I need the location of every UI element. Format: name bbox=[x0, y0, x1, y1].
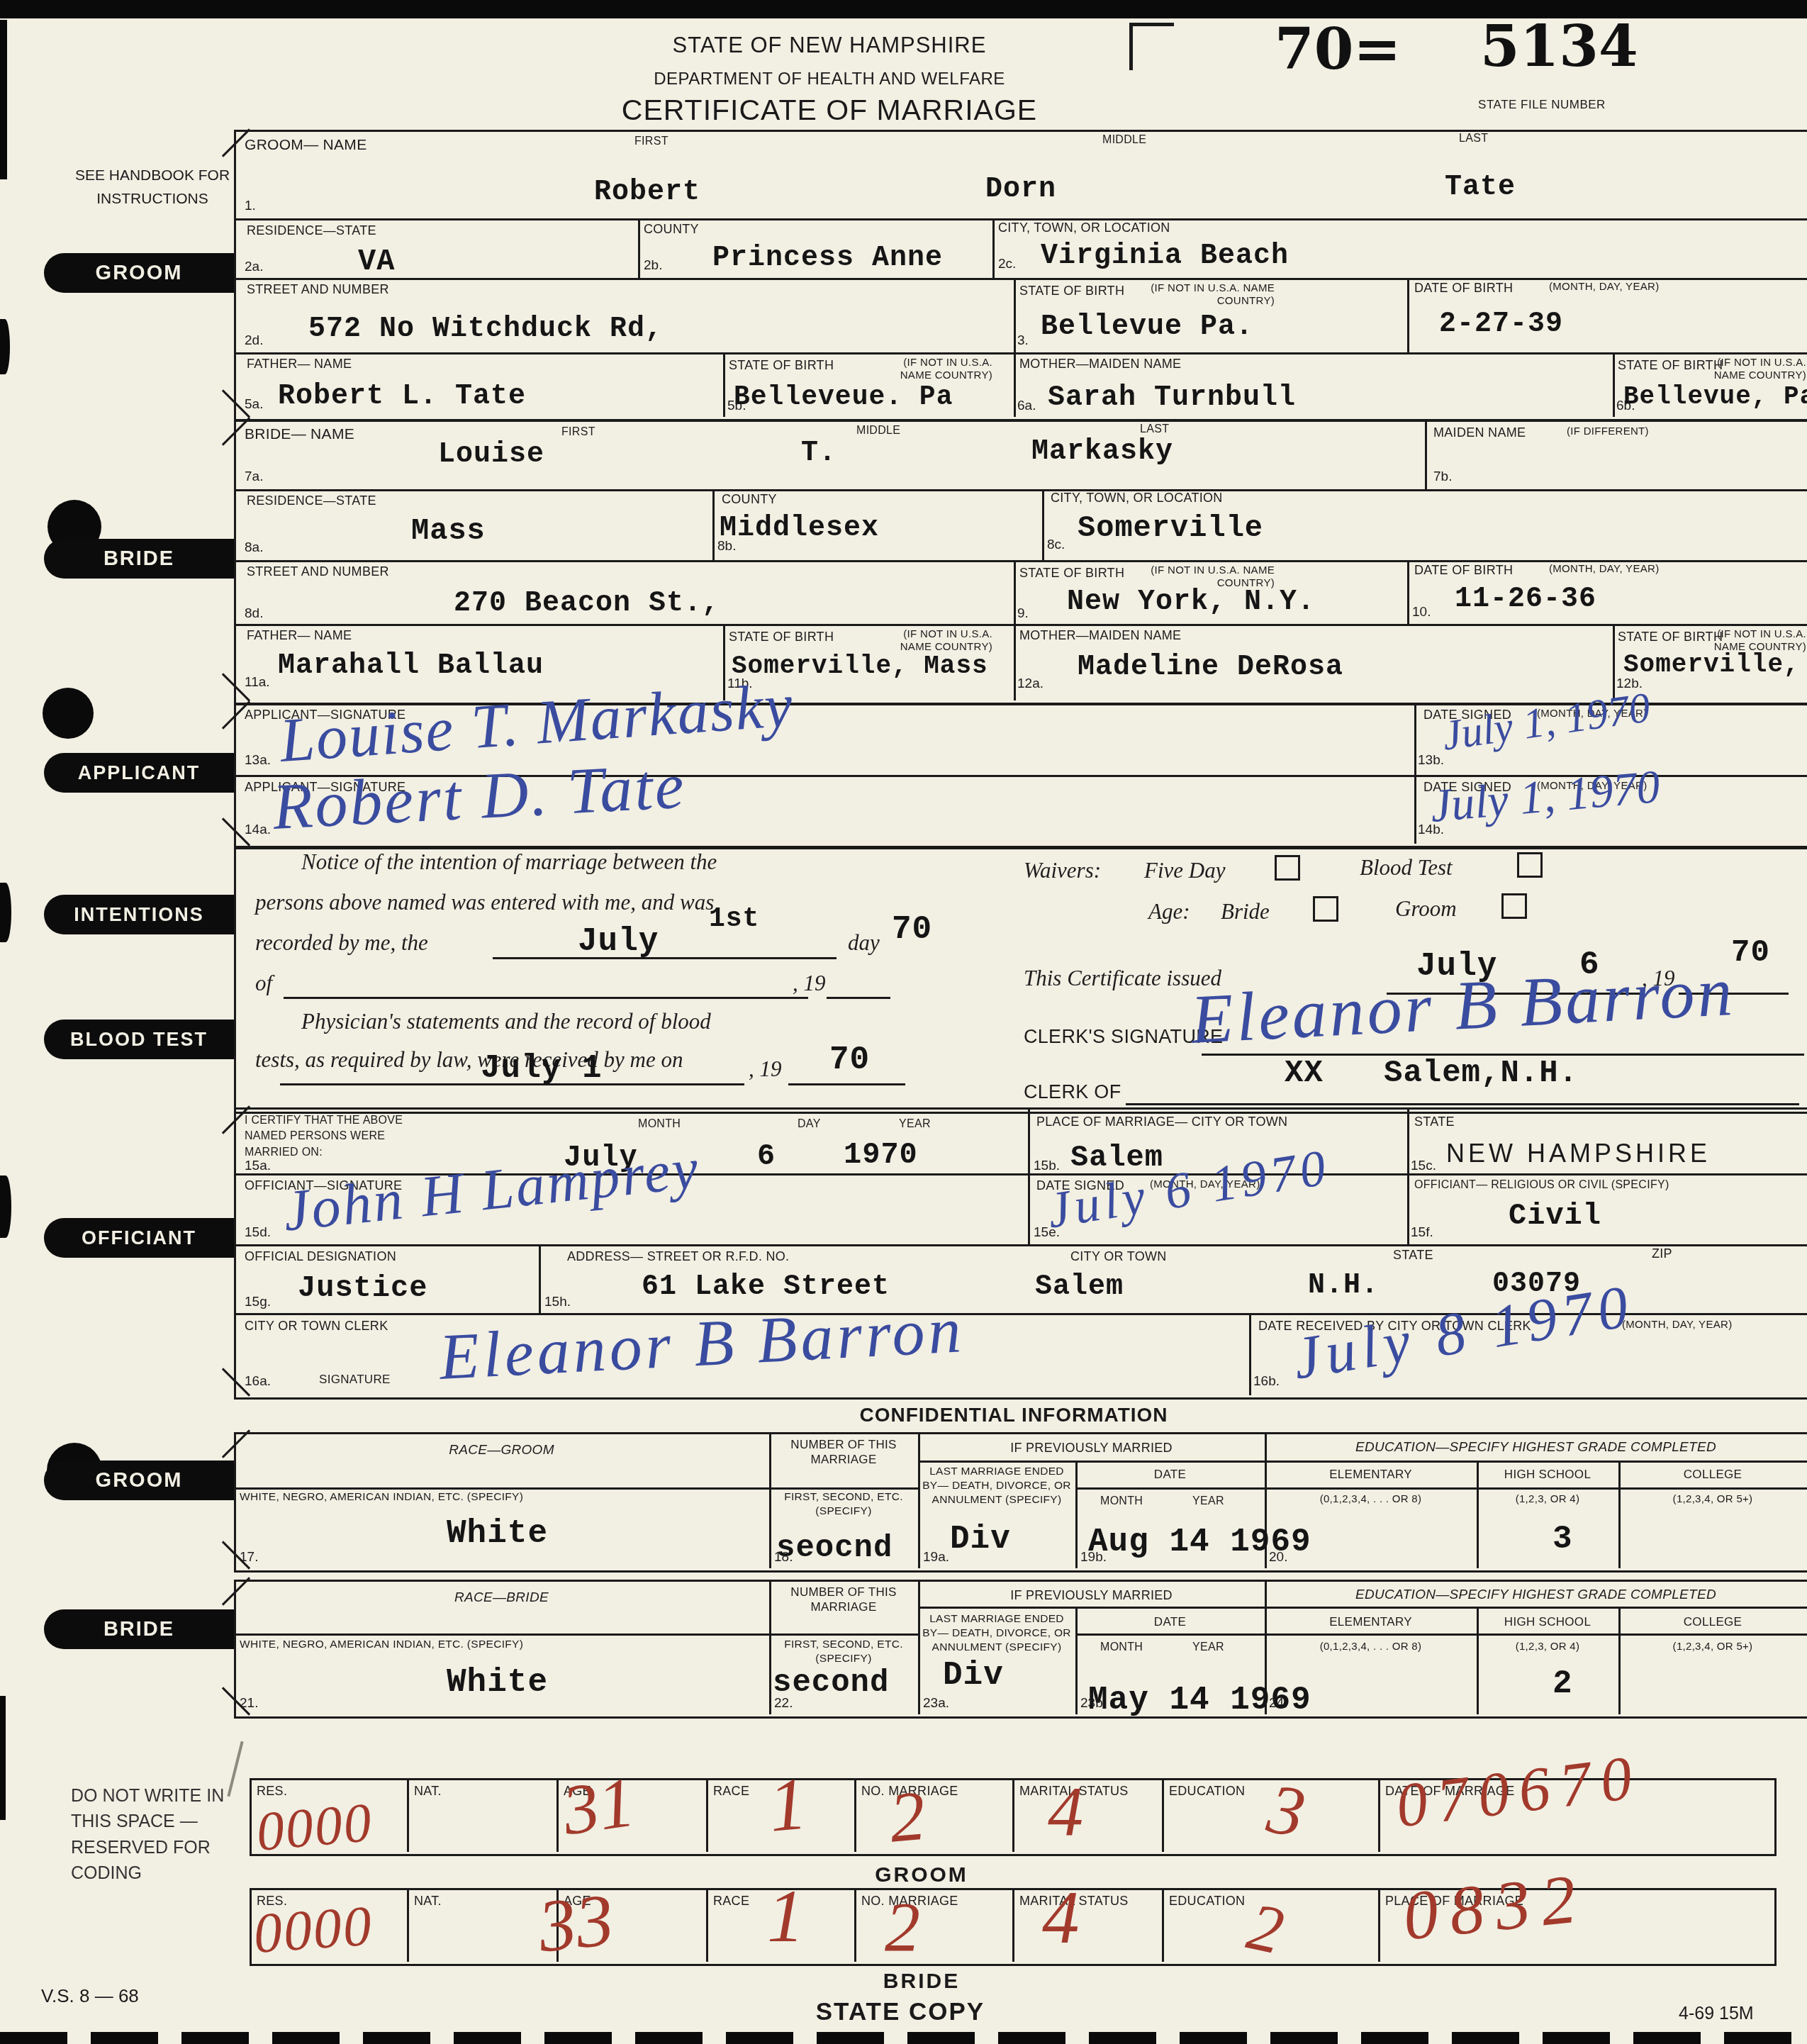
divider bbox=[1042, 489, 1044, 560]
bride-street-value: 270 Beacon St., bbox=[454, 590, 720, 618]
college-note: (1,2,3,4, OR 5+) bbox=[1618, 1641, 1807, 1653]
five-day-checkbox bbox=[1275, 855, 1300, 881]
item-number: 11a. bbox=[245, 675, 270, 691]
high-school-label: HIGH SCHOOL bbox=[1477, 1468, 1618, 1482]
file-number-label: STATE FILE NUMBER bbox=[1446, 98, 1638, 112]
groom-marriage-number-value: seocnd bbox=[776, 1533, 893, 1564]
divider bbox=[706, 1888, 708, 1962]
item-number: 6a. bbox=[1017, 398, 1036, 414]
blank-line bbox=[280, 1083, 744, 1085]
month-label: MONTH bbox=[1100, 1641, 1143, 1655]
college-note: (1,2,3,4, OR 5+) bbox=[1618, 1493, 1807, 1506]
first-label: FIRST bbox=[634, 135, 668, 149]
sidebar-tab-officiant: OFFICIANT bbox=[44, 1218, 234, 1258]
item-number: 12a. bbox=[1017, 676, 1044, 692]
scan-edge-bottom bbox=[0, 2032, 1807, 2044]
bride-first-value: Louise bbox=[438, 441, 544, 469]
coding-bride-place: 0832 bbox=[1400, 1863, 1591, 1952]
year-label: YEAR bbox=[1192, 1641, 1224, 1655]
coding-bride-race: 1 bbox=[767, 1879, 805, 1953]
groom-middle-value: Dorn bbox=[985, 176, 1056, 204]
divider bbox=[712, 489, 715, 560]
item-number: 2b. bbox=[644, 258, 662, 274]
divider bbox=[1162, 1778, 1164, 1852]
footer-state-copy: STATE COPY bbox=[702, 1998, 1099, 2026]
bride-marriage-number-value: second bbox=[773, 1668, 889, 1699]
intentions-line-6: tests, as required by law, were received… bbox=[255, 1047, 683, 1073]
groom-street-label: STREET AND NUMBER bbox=[247, 282, 389, 298]
date-received-note: (MONTH, DAY, YEAR) bbox=[1622, 1319, 1732, 1331]
age-label: Age: bbox=[1148, 899, 1190, 925]
coding-groom-marital: 4 bbox=[1048, 1776, 1083, 1847]
intentions-day-word: day bbox=[848, 930, 880, 956]
divider bbox=[1249, 1313, 1251, 1395]
divider bbox=[1014, 560, 1016, 624]
bride-residence-value: Mass bbox=[411, 516, 486, 546]
groom-county-value: Princess Anne bbox=[712, 245, 943, 273]
ink-blob bbox=[0, 319, 10, 374]
divider bbox=[918, 1461, 1807, 1463]
first-second-note: FIRST, SECOND, ETC. (SPECIFY) bbox=[769, 1490, 918, 1519]
item-number: 16a. bbox=[245, 1374, 271, 1390]
file-number-prefix: 70= bbox=[1275, 16, 1401, 82]
elementary-label: ELEMENTARY bbox=[1265, 1615, 1477, 1630]
address-label: ADDRESS— STREET OR R.F.D. NO. bbox=[567, 1249, 789, 1265]
bride-street-label: STREET AND NUMBER bbox=[247, 564, 389, 580]
confidential-title: CONFIDENTIAL INFORMATION bbox=[766, 1404, 1262, 1426]
blood-test-checkbox bbox=[1517, 852, 1543, 878]
date-label: DATE bbox=[1075, 1468, 1265, 1482]
divider bbox=[638, 218, 640, 278]
groom-county-label: COUNTY bbox=[644, 222, 699, 238]
item-number: 17. bbox=[240, 1550, 258, 1565]
coding-note: DO NOT WRITE IN THIS SPACE — RESERVED FO… bbox=[71, 1783, 252, 1886]
item-number: 13b. bbox=[1418, 753, 1444, 769]
bride-residence-label: RESIDENCE—STATE bbox=[247, 493, 376, 509]
coding-header: NAT. bbox=[414, 1894, 442, 1909]
waivers-label: Waivers: bbox=[1024, 858, 1101, 883]
number-of-marriage-label: NUMBER OF THIS MARRIAGE bbox=[769, 1438, 918, 1467]
last-marriage-ended-label: LAST MARRIAGE ENDED BY— DEATH, DIVORCE, … bbox=[922, 1612, 1072, 1655]
state-value: NEW HAMPSHIRE bbox=[1446, 1139, 1711, 1168]
item-number: 15d. bbox=[245, 1225, 271, 1241]
divider bbox=[556, 1778, 559, 1852]
divider bbox=[1378, 1778, 1380, 1852]
divider bbox=[1407, 1107, 1409, 1244]
groom-residence-value: VA bbox=[358, 247, 395, 277]
certify-label: I CERTIFY THAT THE ABOVE NAMED PERSONS W… bbox=[245, 1113, 411, 1161]
item-number: 9. bbox=[1017, 606, 1029, 622]
item-number: 15f. bbox=[1411, 1225, 1433, 1241]
intentions-year1-typed: 70 bbox=[892, 913, 932, 946]
item-number: 5a. bbox=[245, 397, 263, 413]
divider bbox=[723, 352, 725, 417]
intentions-day-typed: 1st bbox=[709, 906, 759, 933]
groom-dob-note: (MONTH, DAY, YEAR) bbox=[1549, 281, 1659, 294]
coding-groom-age: 31 bbox=[559, 1767, 639, 1847]
divider bbox=[854, 1888, 856, 1962]
item-number: 23b. bbox=[1080, 1696, 1107, 1711]
race-bride-label: RACE—BRIDE bbox=[234, 1590, 769, 1606]
divider bbox=[234, 352, 1807, 354]
month-label: MONTH bbox=[1100, 1495, 1143, 1509]
divider bbox=[1028, 1107, 1030, 1244]
coding-header: EDUCATION bbox=[1169, 1784, 1245, 1799]
maiden-name-label: MAIDEN NAME bbox=[1433, 425, 1526, 441]
first-label: FIRST bbox=[561, 425, 595, 440]
last-marriage-ended-label: LAST MARRIAGE ENDED BY— DEATH, DIVORCE, … bbox=[922, 1465, 1072, 1507]
header-title: CERTIFICATE OF MARRIAGE bbox=[588, 94, 1070, 127]
elementary-note: (0,1,2,3,4, . . . OR 8) bbox=[1265, 1641, 1477, 1653]
divider bbox=[1014, 278, 1016, 352]
college-label: COLLEGE bbox=[1618, 1615, 1807, 1630]
officiant-type-label: OFFICIANT— RELIGIOUS OR CIVIL (SPECIFY) bbox=[1414, 1178, 1669, 1193]
divider bbox=[407, 1888, 409, 1962]
blood-test-date-typed: July 1 bbox=[481, 1052, 603, 1085]
if-previously-married-label: IF PREVIOUSLY MARRIED bbox=[918, 1441, 1265, 1456]
coding-header: NAT. bbox=[414, 1784, 442, 1799]
divider bbox=[234, 1633, 918, 1636]
last-label: LAST bbox=[1459, 132, 1488, 146]
officiant-type-value: Civil bbox=[1509, 1201, 1601, 1231]
divider bbox=[918, 1607, 1807, 1609]
punch-hole bbox=[43, 688, 94, 739]
bride-last-value: Markasky bbox=[1031, 438, 1173, 467]
groom-father-birth-note: (IF NOT IN U.S.A. NAME COUNTRY) bbox=[872, 357, 992, 383]
blank-line bbox=[788, 1083, 905, 1085]
divider bbox=[1265, 1633, 1807, 1636]
divider bbox=[1407, 560, 1409, 624]
divider bbox=[1012, 1888, 1014, 1962]
race-specify-note: WHITE, NEGRO, AMERICAN INDIAN, ETC. (SPE… bbox=[240, 1638, 544, 1652]
groom-street-value: 572 No Witchduck Rd, bbox=[308, 315, 663, 344]
bride-mother-birth-value: Somerville, Mass bbox=[1623, 652, 1807, 678]
bride-dob-value: 11-26-36 bbox=[1455, 586, 1596, 614]
header-state: STATE OF NEW HAMPSHIRE bbox=[624, 33, 1035, 58]
divider bbox=[1425, 420, 1427, 489]
bride-father-birth-label: STATE OF BIRTH bbox=[729, 630, 834, 645]
divider bbox=[1014, 352, 1016, 417]
footer-print-code: 4-69 15M bbox=[1679, 2004, 1754, 2024]
coding-bride-marital: 4 bbox=[1042, 1880, 1080, 1955]
coding-groom-race: 1 bbox=[766, 1766, 809, 1843]
groom-birth-state-label: STATE OF BIRTH bbox=[1019, 284, 1124, 299]
groom-father-birth-value: Belleveue. Pa bbox=[734, 384, 953, 411]
blood-test-label: Blood Test bbox=[1360, 855, 1453, 881]
groom-city-label: CITY, TOWN, OR LOCATION bbox=[998, 220, 1170, 236]
divider bbox=[1012, 1778, 1014, 1852]
middle-label: MIDDLE bbox=[1102, 133, 1146, 147]
groom-father-birth-label: STATE OF BIRTH bbox=[729, 358, 834, 374]
age-bride-checkbox bbox=[1313, 896, 1338, 922]
item-number: 15a. bbox=[245, 1158, 271, 1174]
comma-19: , 19 bbox=[793, 971, 826, 996]
high-school-label: HIGH SCHOOL bbox=[1477, 1615, 1618, 1630]
item-number: 19b. bbox=[1080, 1550, 1107, 1565]
bride-dob-label: DATE OF BIRTH bbox=[1414, 563, 1513, 579]
bride-name-label: BRIDE— NAME bbox=[245, 425, 354, 444]
groom-ended-value: Div bbox=[950, 1523, 1011, 1556]
divider bbox=[234, 1487, 918, 1490]
item-number: 15e. bbox=[1034, 1225, 1060, 1241]
item-number: 15b. bbox=[1034, 1158, 1060, 1174]
groom-father-value: Robert L. Tate bbox=[278, 383, 526, 411]
age-groom-label: Groom bbox=[1395, 896, 1457, 922]
item-number: 2a. bbox=[245, 259, 263, 275]
divider bbox=[1075, 1487, 1265, 1490]
clerk-place-typed: Salem,N.H. bbox=[1384, 1058, 1578, 1089]
groom-mother-label: MOTHER—MAIDEN NAME bbox=[1019, 357, 1181, 372]
item-number: 15c. bbox=[1411, 1158, 1436, 1174]
sidebar-tab-applicant: APPLICANT bbox=[44, 753, 234, 793]
race-groom-label: RACE—GROOM bbox=[234, 1442, 769, 1458]
coding-header: EDUCATION bbox=[1169, 1894, 1245, 1909]
sidebar-tab-blood-test: BLOOD TEST bbox=[44, 1020, 234, 1059]
place-of-marriage-label: PLACE OF MARRIAGE— CITY OR TOWN bbox=[1036, 1115, 1287, 1130]
sidebar-tab-intentions: INTENTIONS bbox=[44, 895, 234, 934]
divider bbox=[1265, 1487, 1807, 1490]
marriage-certificate-scan: STATE OF NEW HAMPSHIRE DEPARTMENT OF HEA… bbox=[0, 0, 1807, 2044]
middle-label: MIDDLE bbox=[856, 424, 900, 438]
item-number: 6b. bbox=[1616, 398, 1635, 414]
signature-word-label: SIGNATURE bbox=[319, 1373, 391, 1387]
handbook-note: SEE HANDBOOK FOR INSTRUCTIONS bbox=[64, 164, 241, 211]
college-label: COLLEGE bbox=[1618, 1468, 1807, 1482]
item-number: 2c. bbox=[998, 257, 1016, 272]
groom-mother-birth-value: Bellevue, Pa bbox=[1623, 384, 1807, 410]
item-number: 22. bbox=[774, 1696, 793, 1711]
ink-blob bbox=[0, 883, 11, 942]
item-number: 23a. bbox=[923, 1696, 949, 1711]
address-value: 61 Lake Street bbox=[642, 1273, 890, 1302]
race-specify-note: WHITE, NEGRO, AMERICAN INDIAN, ETC. (SPE… bbox=[240, 1490, 544, 1504]
year-label: YEAR bbox=[1192, 1495, 1224, 1509]
blank-line bbox=[1126, 1103, 1799, 1105]
groom-last-value: Tate bbox=[1445, 174, 1516, 202]
high-school-note: (1,2,3, OR 4) bbox=[1477, 1493, 1618, 1506]
elementary-label: ELEMENTARY bbox=[1265, 1468, 1477, 1482]
education-label: EDUCATION—SPECIFY HIGHEST GRADE COMPLETE… bbox=[1265, 1587, 1807, 1603]
bride-dob-note: (MONTH, DAY, YEAR) bbox=[1549, 563, 1659, 576]
item-number: 8a. bbox=[245, 540, 263, 556]
bride-county-label: COUNTY bbox=[722, 492, 777, 508]
groom-dob-value: 2-27-39 bbox=[1439, 311, 1563, 339]
item-number: 10. bbox=[1412, 605, 1431, 620]
age-bride-label: Bride bbox=[1221, 899, 1270, 925]
item-number: 3. bbox=[1017, 333, 1029, 349]
corner-registration-mark bbox=[1129, 23, 1174, 70]
official-designation-value: Justice bbox=[298, 1273, 427, 1303]
item-number: 14a. bbox=[245, 822, 271, 838]
item-number: 13a. bbox=[245, 753, 271, 769]
divider bbox=[234, 278, 1807, 280]
form-code: V.S. 8 — 68 bbox=[41, 1985, 139, 2007]
bride-father-label: FATHER— NAME bbox=[247, 628, 352, 644]
groom-race-value: White bbox=[447, 1517, 548, 1550]
divider bbox=[854, 1778, 856, 1852]
sidebar-tab-groom-2: GROOM bbox=[44, 1461, 234, 1500]
married-day-value: 6 bbox=[757, 1141, 776, 1171]
divider bbox=[1162, 1888, 1164, 1962]
last-label: LAST bbox=[1140, 423, 1169, 437]
divider bbox=[234, 1244, 1807, 1246]
divider bbox=[234, 560, 1807, 562]
city-town-clerk-label: CITY OR TOWN CLERK bbox=[245, 1319, 388, 1334]
date-label: DATE bbox=[1075, 1615, 1265, 1630]
address-state-value: N.H. bbox=[1308, 1272, 1379, 1300]
maiden-name-note: (IF DIFFERENT) bbox=[1567, 425, 1649, 438]
item-number: 8b. bbox=[717, 539, 736, 554]
groom-name-label: GROOM— NAME bbox=[245, 136, 367, 155]
bride-mother-value: Madeline DeRosa bbox=[1078, 654, 1343, 682]
official-designation-label: OFFICIAL DESIGNATION bbox=[245, 1249, 396, 1265]
groom-birth-state-note: (IF NOT IN U.S.A. NAME COUNTRY) bbox=[1147, 282, 1275, 308]
item-number: 8d. bbox=[245, 606, 263, 622]
divider bbox=[1014, 624, 1016, 700]
age-groom-checkbox bbox=[1501, 893, 1527, 919]
item-number: 8c. bbox=[1047, 537, 1065, 553]
day-label: DAY bbox=[798, 1117, 821, 1132]
header-department: DEPARTMENT OF HEALTH AND WELFARE bbox=[624, 69, 1035, 89]
divider bbox=[1075, 1633, 1265, 1636]
bride-city-label: CITY, TOWN, OR LOCATION bbox=[1051, 491, 1223, 506]
item-number: 21. bbox=[240, 1696, 258, 1711]
coding-header: RES. bbox=[257, 1784, 287, 1799]
groom-first-value: Robert bbox=[594, 179, 700, 207]
divider bbox=[1407, 278, 1409, 352]
groom-city-value: Virginia Beach bbox=[1041, 242, 1289, 271]
year-label: YEAR bbox=[899, 1117, 931, 1132]
number-of-marriage-label: NUMBER OF THIS MARRIAGE bbox=[769, 1585, 918, 1614]
blank-line bbox=[827, 997, 890, 999]
comma-19: , 19 bbox=[749, 1056, 782, 1082]
bride-birth-state-value: New York, N.Y. bbox=[1067, 588, 1315, 617]
zip-label: ZIP bbox=[1652, 1246, 1672, 1262]
married-year-value: 1970 bbox=[844, 1140, 918, 1170]
item-number: 14b. bbox=[1418, 822, 1444, 838]
bride-father-birth-note: (IF NOT IN U.S.A. NAME COUNTRY) bbox=[872, 628, 992, 654]
divider bbox=[1613, 352, 1615, 417]
bride-mother-label: MOTHER—MAIDEN NAME bbox=[1019, 628, 1181, 644]
item-number: 1. bbox=[245, 199, 256, 214]
sidebar-tab-bride-2: BRIDE bbox=[44, 1609, 234, 1649]
groom-dob-label: DATE OF BIRTH bbox=[1414, 281, 1513, 296]
first-second-note: FIRST, SECOND, ETC. (SPECIFY) bbox=[769, 1638, 918, 1666]
state-label: STATE bbox=[1414, 1115, 1455, 1130]
bride-city-value: Somerville bbox=[1078, 513, 1263, 543]
bride-father-value: Marahall Ballau bbox=[278, 652, 544, 681]
five-day-label: Five Day bbox=[1144, 858, 1225, 883]
groom-mother-birth-note: (IF NOT IN U.S.A. NAME COUNTRY) bbox=[1707, 357, 1806, 383]
sidebar-tab-groom: GROOM bbox=[44, 253, 234, 293]
blank-line bbox=[493, 957, 837, 959]
item-number: 24. bbox=[1269, 1696, 1287, 1711]
bride-high-school-value: 2 bbox=[1553, 1668, 1573, 1700]
groom-high-school-value: 3 bbox=[1553, 1523, 1573, 1556]
month-label: MONTH bbox=[638, 1117, 681, 1132]
coding-header: RACE bbox=[713, 1894, 749, 1909]
coding-bride-marriage: 2 bbox=[885, 1892, 920, 1962]
divider bbox=[234, 624, 1807, 626]
intentions-line-5: Physician's statements and the record of… bbox=[301, 1009, 711, 1034]
clerk-xx-typed: XX bbox=[1285, 1058, 1324, 1089]
item-number: 15g. bbox=[245, 1295, 271, 1310]
blood-test-year-typed: 70 bbox=[829, 1044, 870, 1076]
item-number: 20. bbox=[1269, 1550, 1287, 1565]
file-number: 5134 bbox=[1480, 13, 1638, 79]
address-state-label: STATE bbox=[1393, 1248, 1433, 1263]
divider bbox=[706, 1778, 708, 1852]
coding-groom-res: 0000 bbox=[254, 1794, 375, 1860]
coding-bride-caption: BRIDE bbox=[744, 1970, 1099, 1994]
coding-groom-marriage: 2 bbox=[887, 1780, 929, 1854]
education-label: EDUCATION—SPECIFY HIGHEST GRADE COMPLETE… bbox=[1265, 1439, 1807, 1456]
bride-middle-value: T. bbox=[801, 440, 837, 468]
divider bbox=[407, 1778, 409, 1852]
sidebar-tab-bride: BRIDE bbox=[44, 539, 234, 579]
item-number: 5b. bbox=[727, 398, 746, 414]
high-school-note: (1,2,3, OR 4) bbox=[1477, 1641, 1618, 1653]
ink-blob bbox=[0, 1175, 11, 1238]
divider bbox=[992, 218, 995, 278]
intentions-line-1: Notice of the intention of marriage betw… bbox=[301, 849, 717, 875]
item-number: 2d. bbox=[245, 333, 263, 349]
bride-county-value: Middlesex bbox=[720, 515, 879, 543]
item-number: 15h. bbox=[544, 1295, 571, 1310]
intentions-of: of bbox=[255, 971, 272, 996]
item-number: 7a. bbox=[245, 469, 263, 485]
coding-header: RACE bbox=[713, 1784, 749, 1799]
clerk-of-label: CLERK OF bbox=[1024, 1080, 1121, 1104]
item-number: 7b. bbox=[1433, 469, 1452, 485]
bride-ended-value: Div bbox=[943, 1659, 1004, 1692]
groom-father-label: FATHER— NAME bbox=[247, 357, 352, 372]
certificate-year-typed: 70 bbox=[1731, 937, 1770, 968]
item-number: 18. bbox=[774, 1550, 793, 1565]
divider bbox=[539, 1244, 541, 1313]
address-city-label: CITY OR TOWN bbox=[1070, 1249, 1167, 1265]
elementary-note: (0,1,2,3,4, . . . OR 8) bbox=[1265, 1493, 1477, 1506]
divider bbox=[1414, 703, 1416, 844]
item-number: 19a. bbox=[923, 1550, 949, 1565]
blank-line bbox=[284, 997, 808, 999]
coding-bride-res: 0000 bbox=[252, 1897, 374, 1962]
bride-birth-state-label: STATE OF BIRTH bbox=[1019, 566, 1124, 581]
divider bbox=[1378, 1888, 1380, 1962]
scan-edge-left bbox=[0, 20, 7, 179]
bride-race-value: White bbox=[447, 1666, 548, 1699]
address-city-value: Salem bbox=[1035, 1273, 1124, 1302]
coding-bride-age: 33 bbox=[535, 1882, 617, 1963]
divider bbox=[234, 489, 1807, 491]
intentions-line-3: recorded by me, the bbox=[255, 930, 428, 956]
groom-residence-label: RESIDENCE—STATE bbox=[247, 223, 376, 239]
groom-mother-value: Sarah Turnbull bbox=[1048, 384, 1296, 413]
scan-edge-left-low bbox=[0, 1696, 6, 1820]
if-previously-married-label: IF PREVIOUSLY MARRIED bbox=[918, 1588, 1265, 1604]
intentions-line-2: persons above named was entered with me,… bbox=[255, 890, 714, 915]
groom-birth-state-value: Bellevue Pa. bbox=[1041, 313, 1253, 342]
item-number: 16b. bbox=[1253, 1374, 1280, 1390]
intentions-month-typed: July bbox=[578, 925, 659, 958]
